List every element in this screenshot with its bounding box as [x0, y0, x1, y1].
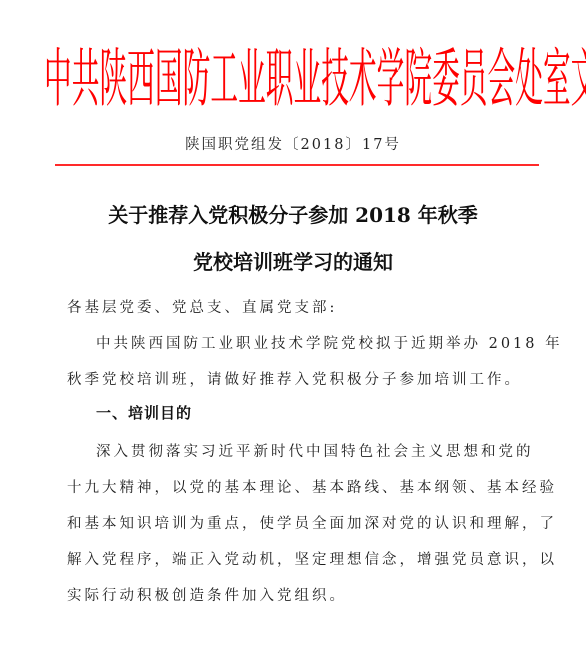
- section-heading: 一、培训目的: [96, 402, 192, 423]
- section-paragraph-line: 深入贯彻落实习近平新时代中国特色社会主义思想和党的: [96, 440, 534, 461]
- intro-paragraph-line: 中共陕西国防工业职业技术学院党校拟于近期举办 2018 年: [96, 332, 563, 353]
- document-page: 中共陕西国防工业职业技术学院委员会处室文件 陕国职党组发〔2018〕17号 关于…: [0, 0, 586, 668]
- document-number: 陕国职党组发〔2018〕17号: [0, 133, 586, 154]
- intro-paragraph-line: 秋季党校培训班，请做好推荐入党积极分子参加培训工作。: [67, 368, 522, 389]
- section-paragraph-line: 十九大精神，以党的基本理论、基本路线、基本纲领、基本经验: [67, 476, 557, 497]
- document-title-line-1: 关于推荐入党积极分子参加 2018 年秋季: [0, 199, 586, 228]
- section-paragraph-line: 解入党程序，端正入党动机，坚定理想信念，增强党员意识，以: [67, 548, 557, 569]
- section-paragraph-line: 实际行动积极创造条件加入党组织。: [67, 584, 347, 605]
- issuer-banner: 中共陕西国防工业职业技术学院委员会处室文件: [44, 47, 544, 113]
- red-divider-line: [55, 164, 539, 166]
- document-title-line-2: 党校培训班学习的通知: [0, 246, 586, 275]
- section-paragraph-line: 和基本知识培训为重点，使学员全面加深对党的认识和理解，了: [67, 512, 557, 533]
- salutation: 各基层党委、党总支、直属党支部:: [67, 296, 337, 317]
- issuer-banner-text: 中共陕西国防工业职业技术学院委员会处室文件: [44, 32, 586, 128]
